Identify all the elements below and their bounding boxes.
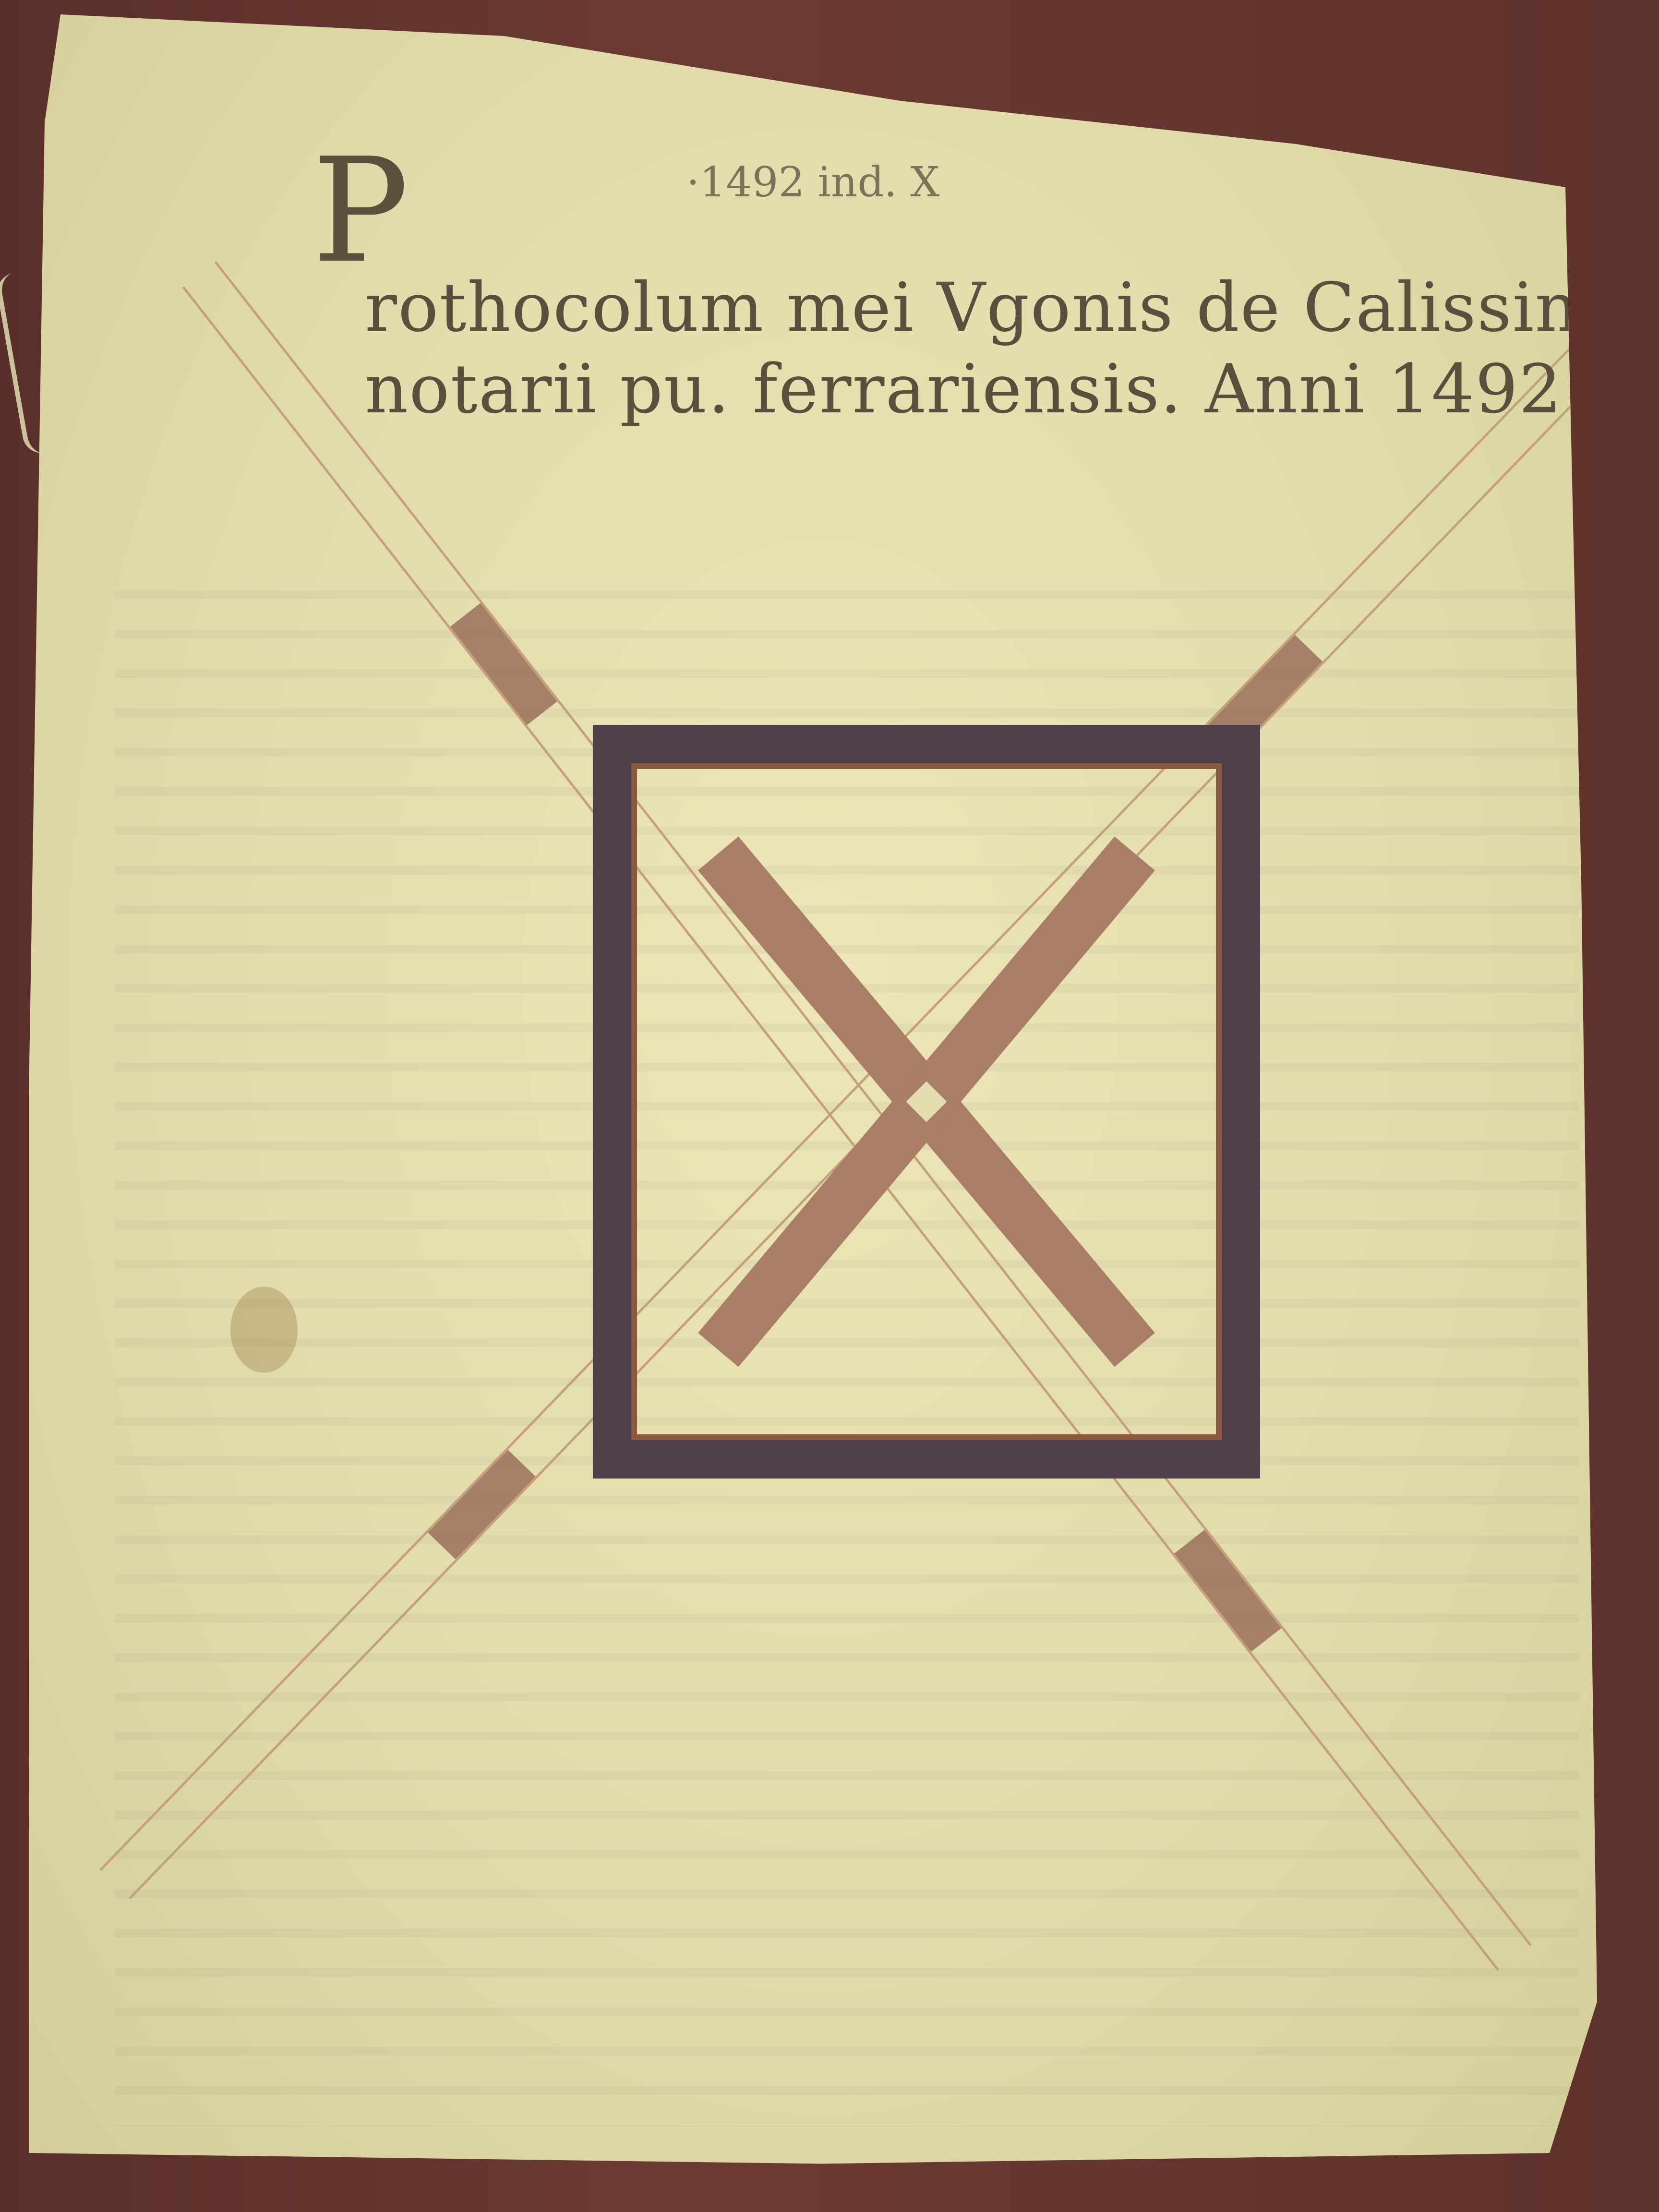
top-note: ·1492 ind. X <box>686 158 939 206</box>
title-line-2: notarii pu. ferrariensis. Anni 1492 ind.… <box>365 350 1659 429</box>
stain <box>230 1286 298 1373</box>
decorated-initial: P <box>312 139 409 283</box>
manuscript-cover: P ·1492 ind. X rothocolum mei Vgonis de … <box>29 14 1613 2175</box>
emblem-box <box>593 725 1260 1479</box>
title-line-1: rothocolum mei Vgonis de Calissinis <box>365 269 1637 347</box>
